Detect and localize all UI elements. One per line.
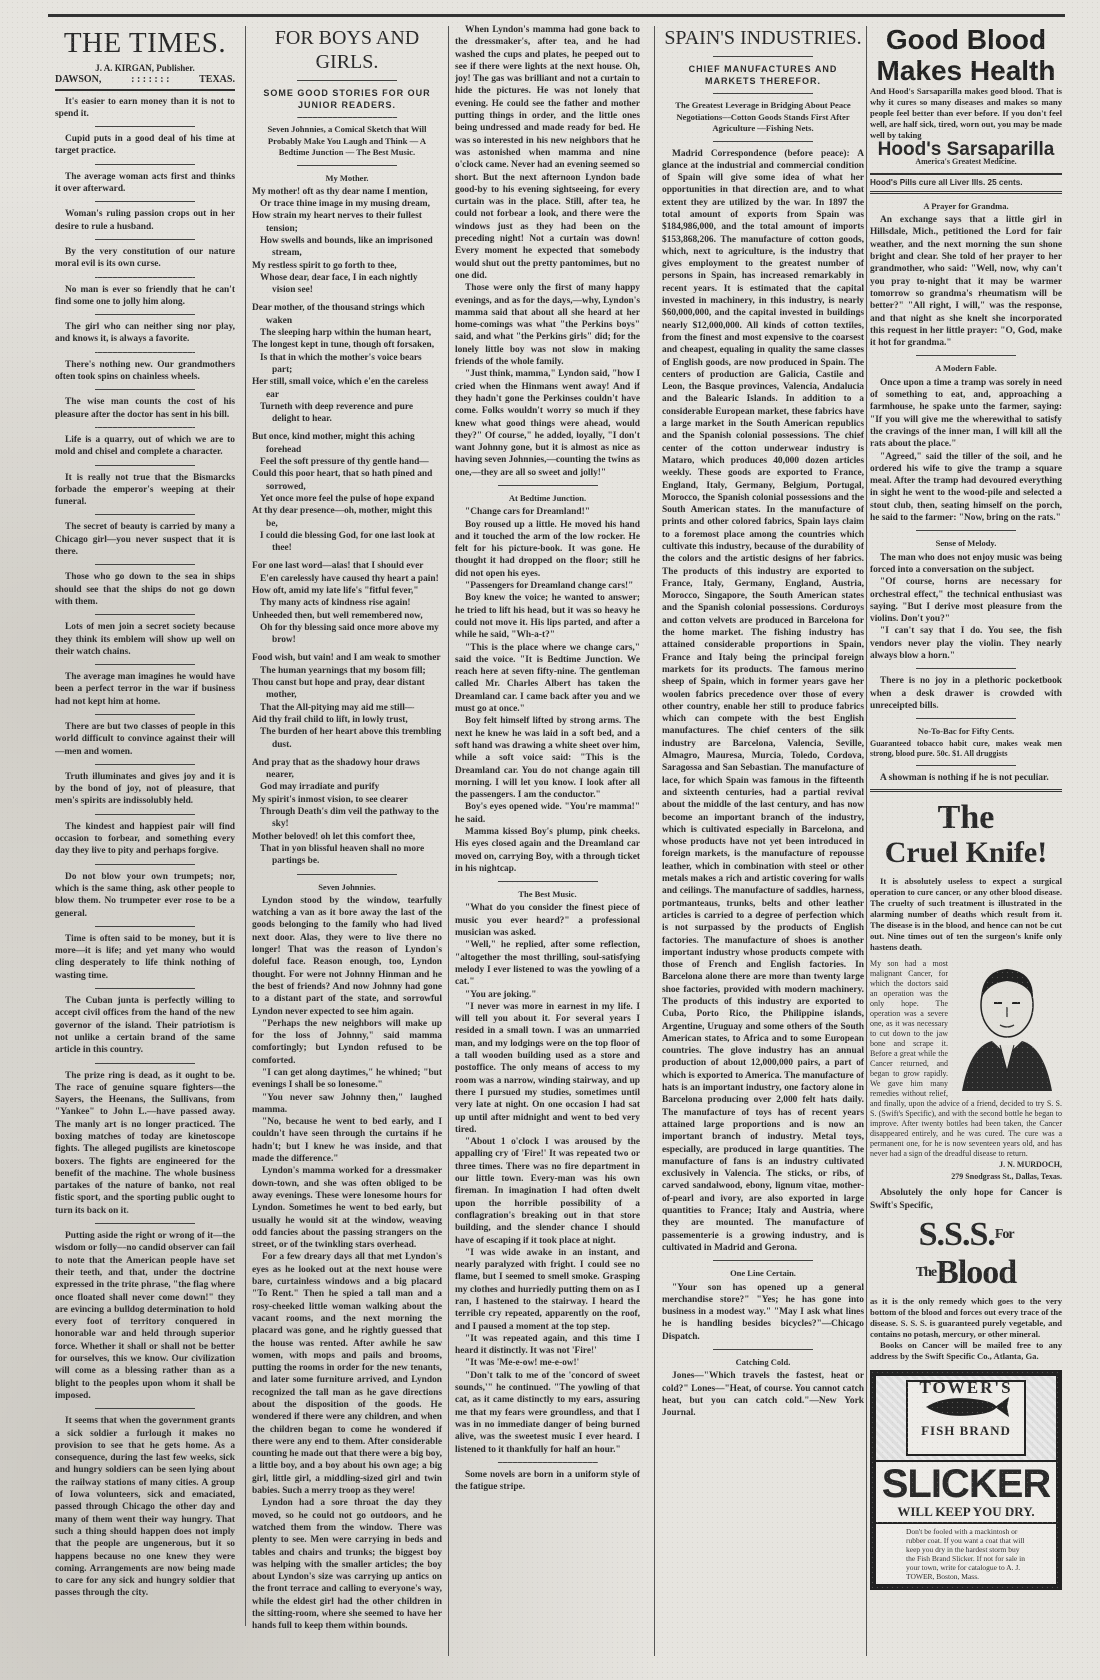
rule <box>95 201 195 202</box>
rule <box>95 314 195 315</box>
deck: Seven Johnnies, a Comical Sketch that Wi… <box>252 124 442 159</box>
rule <box>95 126 195 127</box>
poem-line: My mother! oft as thy dear name I mentio… <box>252 186 442 198</box>
deck: The Greatest Leverage in Bridging About … <box>662 100 864 135</box>
poem-line: Is that in which the mother's voice bear… <box>252 352 442 377</box>
masthead-title: THE TIMES. <box>55 26 235 60</box>
article-paragraph: Madrid Correspondence (before peace): A … <box>662 148 864 1255</box>
rule <box>95 465 195 466</box>
testimonial-address: 279 Snodgrass St., Dallas, Texas. <box>870 1171 1062 1183</box>
fish-icon <box>921 1394 1011 1420</box>
rule <box>95 988 195 989</box>
column-2: FOR BOYS AND GIRLS. SOME GOOD STORIES FO… <box>252 24 442 1664</box>
rule <box>95 389 195 390</box>
poem-line: Thy many acts of kindness rise again! <box>252 597 442 609</box>
column-divider <box>448 26 449 1656</box>
newspaper-page: THE TIMES. J. A. KIRGAN, Publisher. DAWS… <box>0 0 1100 1680</box>
ad-body: And Hood's Sarsaparilla makes good blood… <box>870 86 1062 141</box>
poem-line: Or trace thine image in my musing dream, <box>252 198 442 210</box>
story-paragraph: Lyndon stood by the window, tearfully wa… <box>252 895 442 1018</box>
poem-line: I could die blessing God, for one last l… <box>252 530 442 555</box>
story-paragraph: Boy's eyes opened wide. "You're mamma!" … <box>455 801 640 826</box>
poem-line: The longest kept in tune, though oft for… <box>252 339 442 351</box>
item-paragraph: "Agreed," said the tiller of the soil, a… <box>870 451 1062 525</box>
ad-headline: Makes Health <box>870 55 1062 86</box>
rule <box>95 864 195 865</box>
editorial-paragraph: Do not blow your own trumpets; nor, whic… <box>55 871 235 920</box>
rule <box>498 1462 598 1463</box>
story-paragraph: Mamma kissed Boy's plump, pink cheeks. H… <box>455 826 640 875</box>
music-title: The Best Music. <box>455 888 640 900</box>
rule <box>95 1408 195 1409</box>
poem-line: The human yearnings that my bosom fill; <box>252 665 442 677</box>
editorial-paragraph: Woman's ruling passion crops out in her … <box>55 208 235 233</box>
dateline-state: TEXAS. <box>199 74 235 86</box>
story-paragraph: "It was 'Me-e-ow! me-e-ow!' <box>455 1357 640 1369</box>
testimonial-signature: J. N. MURDOCH, <box>870 1159 1062 1171</box>
rule <box>297 874 397 875</box>
editorial-paragraph: The kindest and happiest pair will find … <box>55 821 235 858</box>
subhead: SOME GOOD STORIES FOR OUR JUNIOR READERS… <box>252 87 442 111</box>
hoods-ad: Good Blood Makes Health And Hood's Sarsa… <box>870 24 1062 194</box>
poem-line: Oh for thy blessing said once more above… <box>252 622 442 647</box>
story-paragraph: "I can get along daytimes," he whined; "… <box>252 1067 442 1092</box>
short-items: One Line Certain."Your son has opened up… <box>662 1260 864 1419</box>
sss-only-hope: Absolutely the only hope for Cancer is S… <box>870 1187 1062 1212</box>
story-paragraph: "This is the place where we change cars,… <box>455 642 640 716</box>
item-paragraph: Once upon a time a tramp was sorely in n… <box>870 377 1062 451</box>
poem-line: Feel the soft pressure of thy gentle han… <box>252 456 442 468</box>
story-paragraph: Some novels are born in a uniform style … <box>455 1469 640 1494</box>
poem-line: My spirit's inmost vision, to see cleare… <box>252 794 442 806</box>
column-4: SPAIN'S INDUSTRIES. CHIEF MANUFACTURES A… <box>662 24 864 1664</box>
item-paragraph: Jones—"Which travels the fastest, heat o… <box>662 1370 864 1419</box>
editorial-paragraph: The prize ring is dead, as it ought to b… <box>55 1070 235 1218</box>
ad-headline: Good Blood <box>870 24 1062 55</box>
story-paragraph: "You are joking." <box>455 989 640 1001</box>
sss-for: For <box>995 1227 1014 1242</box>
item-title: A Modern Fable. <box>870 362 1062 374</box>
dateline-city: DAWSON, <box>55 74 101 86</box>
rule <box>916 355 1016 356</box>
editorial-paragraph: Those who go down to the sea in ships sh… <box>55 571 235 608</box>
rule <box>95 352 195 353</box>
item-paragraph: An exchange says that a little girl in H… <box>870 214 1062 349</box>
portrait-image <box>952 961 1062 1091</box>
rule <box>95 277 195 278</box>
headline-boys-girls: FOR BOYS AND GIRLS. <box>252 26 442 74</box>
fish-brand-emblem: TOWER'S FISH BRAND <box>876 1376 1056 1462</box>
story-paragraph: "What do you consider the finest piece o… <box>455 902 640 939</box>
poem-line: How strain my heart nerves to their full… <box>252 210 442 235</box>
sss-the: The <box>870 800 1062 836</box>
poem-line: Her still, small voice, which e'en the c… <box>252 376 442 401</box>
story-title: Seven Johnnies. <box>252 881 442 893</box>
story-paragraph: For a few dreary days all that met Lyndo… <box>252 1251 442 1497</box>
poem-title: My Mother. <box>252 172 442 184</box>
poem-line: Through Death's dim veil the pathway to … <box>252 806 442 831</box>
rule <box>713 1349 813 1350</box>
story-paragraph: "Just think, mamma," Lyndon said, "how I… <box>455 368 640 479</box>
story-paragraph: "I was wide awake in an instant, and nea… <box>455 1247 640 1333</box>
headline-spain: SPAIN'S INDUSTRIES. <box>662 26 864 50</box>
tower-name: TOWER'S <box>908 1382 1024 1394</box>
editorial-paragraph: The Cuban junta is perfectly willing to … <box>55 995 235 1056</box>
rule <box>916 530 1016 531</box>
editorial-paragraph: Truth illuminates and gives joy and it i… <box>55 771 235 808</box>
item-title: A Prayer for Grandma. <box>870 200 1062 212</box>
bedtime-story: "Change cars for Dreamland!"Boy roused u… <box>455 506 640 875</box>
rule <box>916 718 1016 719</box>
poem-line: How swells and bounds, like an imprisone… <box>252 235 442 260</box>
editorial-paragraph: Cupid puts in a good deal of his time at… <box>55 133 235 158</box>
ad-pills: Hood's Pills cure all Liver Ills. 25 cen… <box>870 173 1062 194</box>
item-title: Sense of Melody. <box>870 537 1062 549</box>
item-title: One Line Certain. <box>662 1267 864 1279</box>
rule <box>498 485 598 486</box>
sss-brand: S.S.S.For TheBlood <box>870 1216 1062 1292</box>
story-paragraph: "Well," he replied, after some reflectio… <box>455 939 640 988</box>
editorial-paragraph: Life is a quarry, out of which we are to… <box>55 434 235 459</box>
item-paragraph: There is no joy in a plethoric pocketboo… <box>870 675 1062 712</box>
ad-brand: Hood's Sarsaparilla <box>870 144 1062 156</box>
story-paragraph: "No, because he went to bed early, and I… <box>252 1116 442 1165</box>
rule <box>713 93 813 94</box>
poem-line: That the All-pitying may aid me still— <box>252 702 442 714</box>
sss-books: Books on Cancer will be mailed free to a… <box>870 1340 1062 1362</box>
rule <box>916 765 1016 766</box>
sss-body: It is absolutely useless to expect a sur… <box>870 876 1062 953</box>
rule <box>95 614 195 615</box>
story-paragraph: Boy felt himself lifted by strong arms. … <box>455 715 640 801</box>
poem-line: The sleeping harp within the human heart… <box>252 327 442 339</box>
story-paragraph: Lyndon had a sore throat the day they mo… <box>252 1497 442 1632</box>
item-paragraph: The man who does not enjoy music was bei… <box>870 552 1062 577</box>
story-paragraph: "You never saw Johnny then," laughed mam… <box>252 1092 442 1117</box>
poem-line: And pray that as the shadowy hour draws … <box>252 757 442 782</box>
poem-line: God may irradiate and purify <box>252 781 442 793</box>
story-paragraph: "Passengers for Dreamland change cars!" <box>455 580 640 592</box>
editorial-paragraph: Lots of men join a secret society becaus… <box>55 621 235 658</box>
sss-body2: as it is the only remedy which goes to t… <box>870 1296 1062 1340</box>
rule <box>95 1223 195 1224</box>
rule <box>916 668 1016 669</box>
story-paragraph: Boy roused up a little. He moved his han… <box>455 519 640 580</box>
poem-line: Yet once more feel the pulse of hope exp… <box>252 493 442 505</box>
item-paragraph: "Of course, horns are necessary for orch… <box>870 576 1062 625</box>
column-divider <box>245 26 246 1626</box>
poem-line: Food wish, but vain! and I am weak to sm… <box>252 652 442 664</box>
editorial-paragraph: The secret of beauty is carried by many … <box>55 521 235 558</box>
editorial-paragraph: By the very constitution of our nature m… <box>55 246 235 271</box>
sss-title: Cruel Knife! <box>870 836 1062 870</box>
column-divider <box>866 26 867 1656</box>
editorial-paragraph: The girl who can neither sing nor play, … <box>55 321 235 346</box>
poem-line: Mother beloved! oh let this comfort thee… <box>252 831 442 843</box>
poem-line: That in yon blissful heaven shall no mor… <box>252 843 442 868</box>
poem-line: Turneth with deep reverence and pure del… <box>252 401 442 426</box>
story-continued: When Lyndon's mamma had gone back to the… <box>455 24 640 479</box>
rule <box>713 1260 813 1261</box>
editorial-paragraph: There's nothing new. Our grandmothers of… <box>55 359 235 384</box>
rule <box>713 141 813 142</box>
bedtime-title: At Bedtime Junction. <box>455 492 640 504</box>
poem-line: Thou canst but hope and pray, dear dista… <box>252 677 442 702</box>
editorial-paragraphs: It's easier to earn money than it is not… <box>55 96 235 1600</box>
editorial-paragraph: The average woman acts first and thinks … <box>55 171 235 196</box>
showman-text: A showman is nothing if he is not peculi… <box>870 772 1062 784</box>
editorial-paragraph: Putting aside the right or wrong of it—t… <box>55 1230 235 1402</box>
rule <box>95 164 195 165</box>
editorial-paragraph: It is really not true that the Bismarcks… <box>55 472 235 509</box>
rule <box>95 814 195 815</box>
item-title: Catching Cold. <box>662 1356 864 1368</box>
column-5: Good Blood Makes Health And Hood's Sarsa… <box>870 24 1062 1664</box>
notobac-text: Guaranteed tobacco habit cure, makes wea… <box>870 739 1062 759</box>
story-paragraph: "Change cars for Dreamland!" <box>455 506 640 518</box>
rule <box>297 117 397 118</box>
slicker-title: SLICKER <box>876 1462 1056 1506</box>
sss-ad: The Cruel Knife! It is absolutely useles… <box>870 800 1062 1362</box>
poem-line: But once, kind mother, might this aching… <box>252 431 442 456</box>
fish-brand-label: FISH BRAND <box>908 1425 1024 1437</box>
editorial-paragraph: Time is often said to be money, but it i… <box>55 933 235 982</box>
column-1: THE TIMES. J. A. KIRGAN, Publisher. DAWS… <box>55 24 235 1614</box>
rule <box>297 165 397 166</box>
top-rule <box>48 14 1065 17</box>
poem-line: Whose dear, dear face, I in each nightly… <box>252 272 442 297</box>
ad-divider <box>870 789 1062 792</box>
rule <box>95 664 195 665</box>
sss-letters: S.S.S. <box>919 1216 995 1253</box>
rule <box>95 764 195 765</box>
slicker-panel: SLICKER WILL KEEP YOU DRY. <box>876 1462 1056 1524</box>
story-paragraph: Those were only the first of many happy … <box>455 282 640 368</box>
editorial-paragraph: It's easier to earn money than it is not… <box>55 96 235 121</box>
article-body: Madrid Correspondence (before peace): A … <box>662 148 864 1255</box>
poem-line: The burden of her heart above this tremb… <box>252 726 442 751</box>
item-paragraph: "Your son has opened up a general mercha… <box>662 1282 864 1343</box>
rule <box>95 514 195 515</box>
story-paragraph: "Don't talk to me of the 'concord of swe… <box>455 1370 640 1456</box>
dateline-dots: : : : : : : : <box>131 74 169 86</box>
story-paragraph: Boy knew the voice; he wanted to answer;… <box>455 592 640 641</box>
rule <box>95 1063 195 1064</box>
editorial-paragraph: There are but two classes of people in t… <box>55 721 235 758</box>
poem-line: Could this poor heart, that so hath pine… <box>252 468 442 493</box>
poem-line: At thy dear presence—oh, mother, might t… <box>252 505 442 530</box>
sss-the-small: The <box>916 1265 936 1280</box>
publisher-line: J. A. KIRGAN, Publisher. <box>55 62 235 74</box>
story-paragraph: "It was repeated again, and this time I … <box>455 1333 640 1358</box>
sss-blood: Blood <box>936 1254 1016 1291</box>
music-story: "What do you consider the finest piece o… <box>455 902 640 1493</box>
story-paragraph: "I never was more in earnest in my life.… <box>455 1001 640 1136</box>
item-paragraph: "I can't say that I do. You see, the fis… <box>870 625 1062 662</box>
editorial-paragraph: The average man imagines he would have b… <box>55 671 235 708</box>
rule <box>297 80 397 81</box>
short-items: A Prayer for Grandma.An exchange says th… <box>870 200 1062 712</box>
poem-line: Dear mother, of the thousand strings whi… <box>252 302 442 327</box>
poem: My mother! oft as thy dear name I mentio… <box>252 186 442 868</box>
subhead: CHIEF MANUFACTURES AND MARKETS THEREFOR. <box>662 63 864 87</box>
rule <box>95 564 195 565</box>
dateline: DAWSON, : : : : : : : TEXAS. <box>55 74 235 90</box>
slicker-fine-print: Don't be fooled with a mackintosh or rub… <box>876 1524 1056 1584</box>
story-paragraph: Lyndon's mamma worked for a dressmaker d… <box>252 1165 442 1251</box>
column-3: When Lyndon's mamma had gone back to the… <box>455 24 640 1664</box>
column-divider <box>654 26 655 1656</box>
story-paragraph: "About 1 o'clock I was aroused by the ap… <box>455 1136 640 1247</box>
poem-line: How oft, amid my late life's "fitful fev… <box>252 585 442 597</box>
poem-line: For one last word—alas! that I should ev… <box>252 560 442 572</box>
testimonial: My son had a most malignant Cancer, for … <box>870 959 1062 1159</box>
rule <box>498 881 598 882</box>
poem-line: E'en carelessly have caused thy heart a … <box>252 573 442 585</box>
tower-slicker-ad: TOWER'S FISH BRAND SLICKER WILL KEEP YOU… <box>870 1370 1062 1590</box>
story-paragraph: "Perhaps the new neighbors will make up … <box>252 1018 442 1067</box>
story-body: Lyndon stood by the window, tearfully wa… <box>252 895 442 1633</box>
poem-line: Aid thy frail child to lift, in lowly tr… <box>252 714 442 726</box>
notobac-title: No-To-Bac for Fifty Cents. <box>870 725 1062 737</box>
poem-line: Unheeded then, but well remembered now, <box>252 610 442 622</box>
rule <box>95 926 195 927</box>
rule <box>95 714 195 715</box>
rule <box>95 427 195 428</box>
slicker-tagline: WILL KEEP YOU DRY. <box>876 1506 1056 1524</box>
editorial-paragraph: It seems that when the government grants… <box>55 1415 235 1599</box>
editorial-paragraph: The wise man counts the cost of his plea… <box>55 396 235 421</box>
poem-line: My restless spirit to go forth to thee, <box>252 260 442 272</box>
editorial-paragraph: No man is ever so friendly that he can't… <box>55 284 235 309</box>
rule <box>95 239 195 240</box>
story-paragraph: When Lyndon's mamma had gone back to the… <box>455 24 640 282</box>
rule <box>713 56 813 57</box>
